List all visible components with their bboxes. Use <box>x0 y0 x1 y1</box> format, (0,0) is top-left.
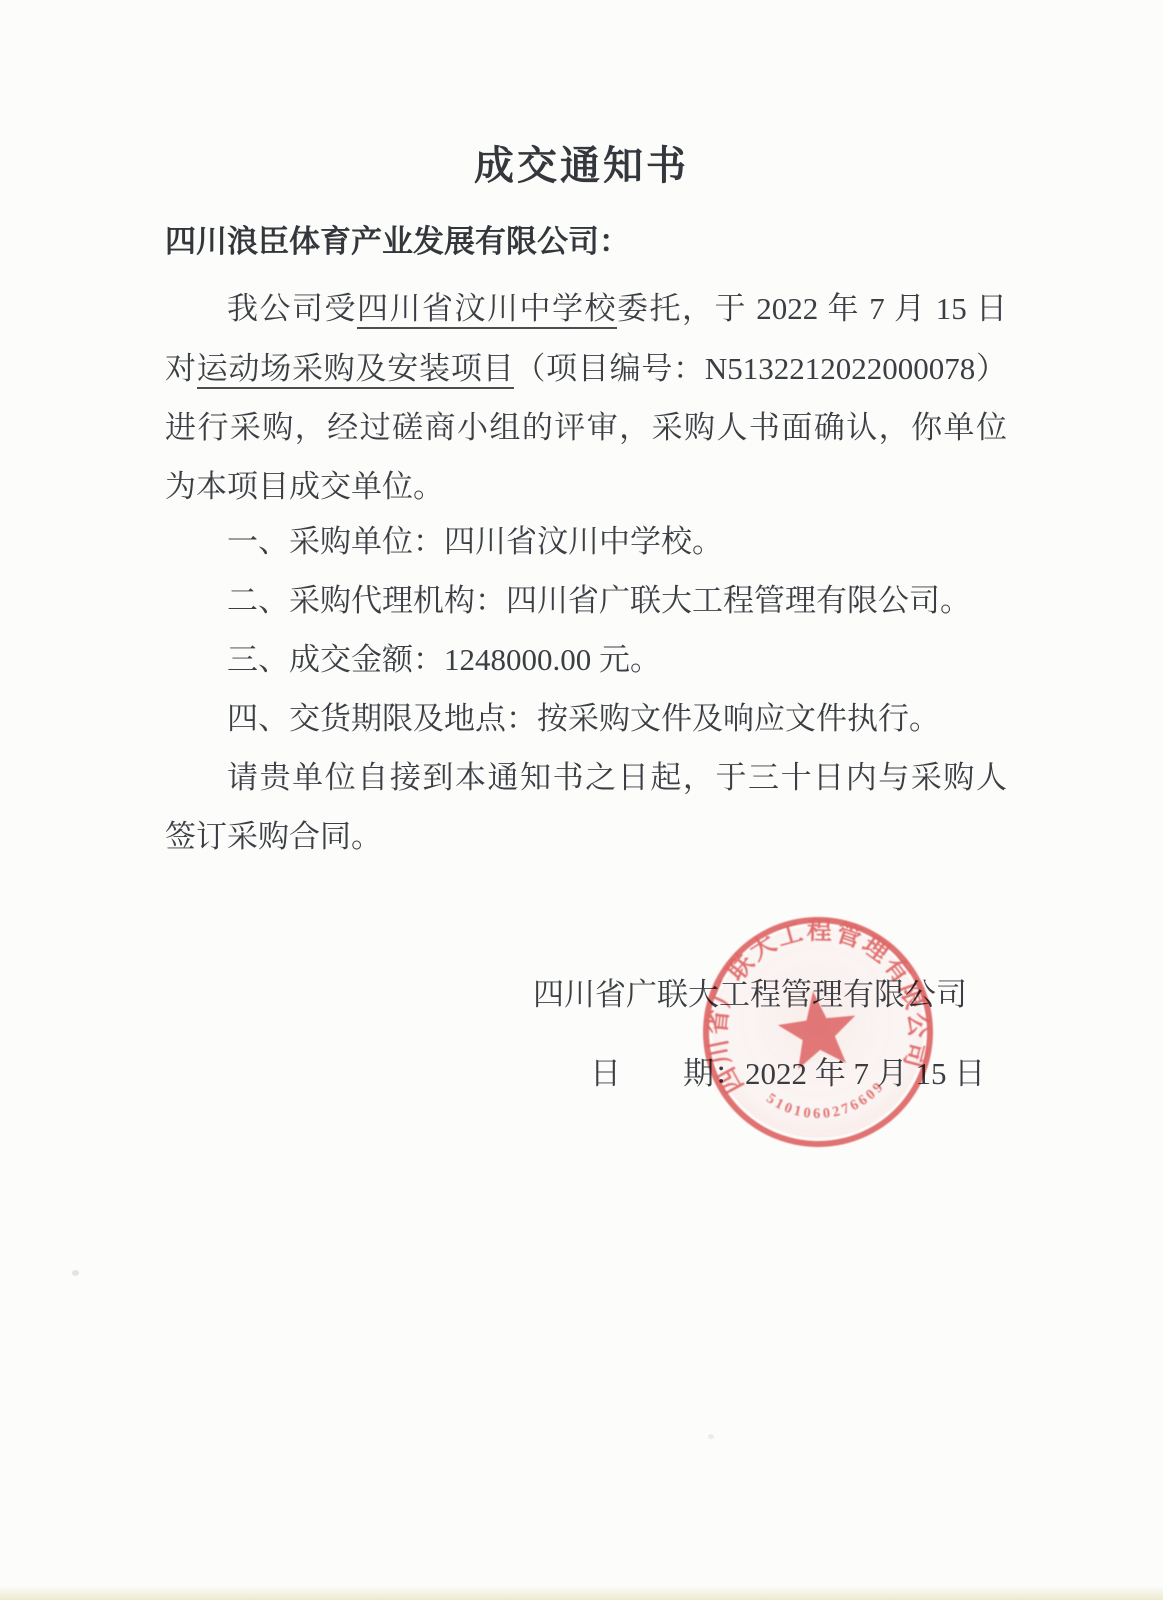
item-purchasing-unit: 一、采购单位：四川省汶川中学校。 <box>165 521 1007 563</box>
body-paragraph-1-line-1: 我公司受四川省汶川中学校委托，于 2022 年 7 月 15 日 <box>165 288 1007 330</box>
underlined-purchaser-name: 四川省汶川中学校 <box>357 291 617 329</box>
body-paragraph-1-line-3: 进行采购，经过磋商小组的评审，采购人书面确认，你单位 <box>165 407 1007 449</box>
text-run: 我公司受 <box>227 291 357 326</box>
item-delivery-terms: 四、交货期限及地点：按采购文件及响应文件执行。 <box>165 698 1007 740</box>
body-paragraph-1-line-2: 对运动场采购及安装项目（项目编号：N5132212022000078） <box>165 348 1007 390</box>
scanned-document-page: 成交通知书 四川浪臣体育产业发展有限公司： 我公司受四川省汶川中学校委托，于 2… <box>0 0 1163 1600</box>
project-number-run: （项目编号：N5132212022000078） <box>514 351 1007 386</box>
scan-speck <box>72 1270 79 1276</box>
company-seal-stamp: 四川省广联大工程管理有限公司 5101060276609 <box>682 896 954 1168</box>
addressee-line: 四川浪臣体育产业发展有限公司： <box>165 221 1065 263</box>
underlined-project-name: 运动场采购及安装项目 <box>197 351 515 389</box>
item-award-amount: 三、成交金额：1248000.00 元。 <box>165 639 1007 681</box>
body-paragraph-2-line-1: 请贵单位自接到本通知书之日起，于三十日内与采购人 <box>165 757 1007 799</box>
body-paragraph-1-line-4: 为本项目成交单位。 <box>165 466 1007 508</box>
seal-graphic: 四川省广联大工程管理有限公司 5101060276609 <box>682 896 954 1168</box>
body-paragraph-2-line-2: 签订采购合同。 <box>165 816 1007 858</box>
item-procurement-agency: 二、采购代理机构：四川省广联大工程管理有限公司。 <box>165 580 1007 622</box>
text-run: 委托，于 2022 年 7 月 15 日 <box>617 291 1007 326</box>
page-title: 成交通知书 <box>0 134 1163 191</box>
text-run: 对 <box>165 351 197 386</box>
scan-speck <box>708 1434 714 1439</box>
scan-bottom-edge <box>0 1586 1163 1600</box>
